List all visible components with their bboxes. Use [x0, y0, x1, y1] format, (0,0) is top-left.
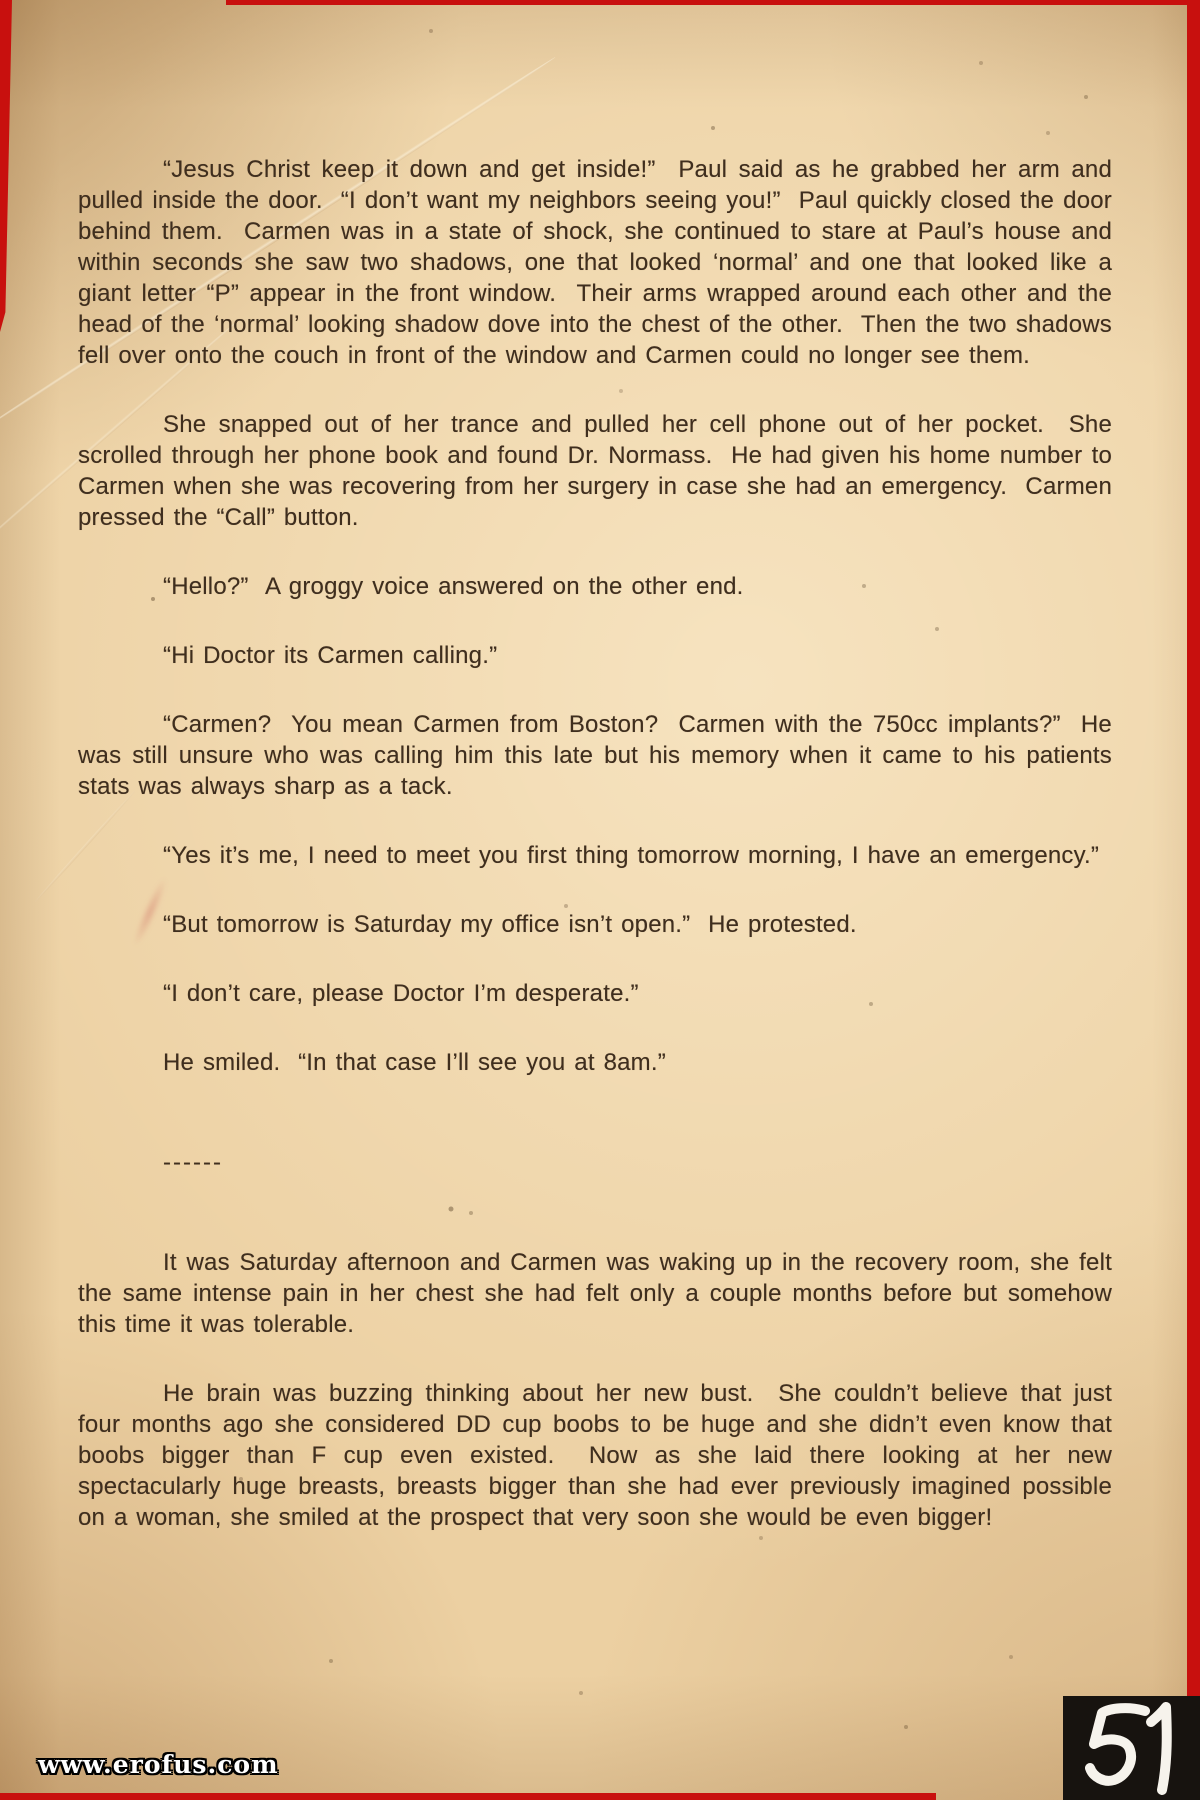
scan-edge-bottom [0, 1793, 936, 1800]
story-paragraph: “But tomorrow is Saturday my office isn’… [78, 909, 1112, 940]
page-number-box [1063, 1696, 1200, 1800]
story-paragraph: “Yes it’s me, I need to meet you first t… [78, 840, 1112, 871]
story-paragraph: It was Saturday afternoon and Carmen was… [78, 1247, 1112, 1340]
story-paragraph: “Hi Doctor its Carmen calling.” [78, 640, 1112, 671]
page-number-51 [1063, 1696, 1200, 1800]
scan-edge-top [226, 0, 1200, 5]
story-paragraph: He smiled. “In that case I’ll see you at… [78, 1047, 1112, 1078]
story-paragraph: “Jesus Christ keep it down and get insid… [78, 154, 1112, 371]
scan-edge-right [1187, 0, 1200, 1700]
section-separator: ------ [78, 1147, 1112, 1178]
story-paragraph: “Carmen? You mean Carmen from Boston? Ca… [78, 709, 1112, 802]
watermark: www.erofus.com [38, 1750, 279, 1779]
story-paragraph: He brain was buzzing thinking about her … [78, 1378, 1112, 1533]
story-paragraph: “Hello?” A groggy voice answered on the … [78, 571, 1112, 602]
story-paragraph: She snapped out of her trance and pulled… [78, 409, 1112, 533]
scan-edge-left [0, 0, 12, 332]
scanned-story-page: “Jesus Christ keep it down and get insid… [0, 0, 1200, 1800]
story-text: “Jesus Christ keep it down and get insid… [78, 154, 1112, 1571]
story-paragraph: “I don’t care, please Doctor I’m despera… [78, 978, 1112, 1009]
